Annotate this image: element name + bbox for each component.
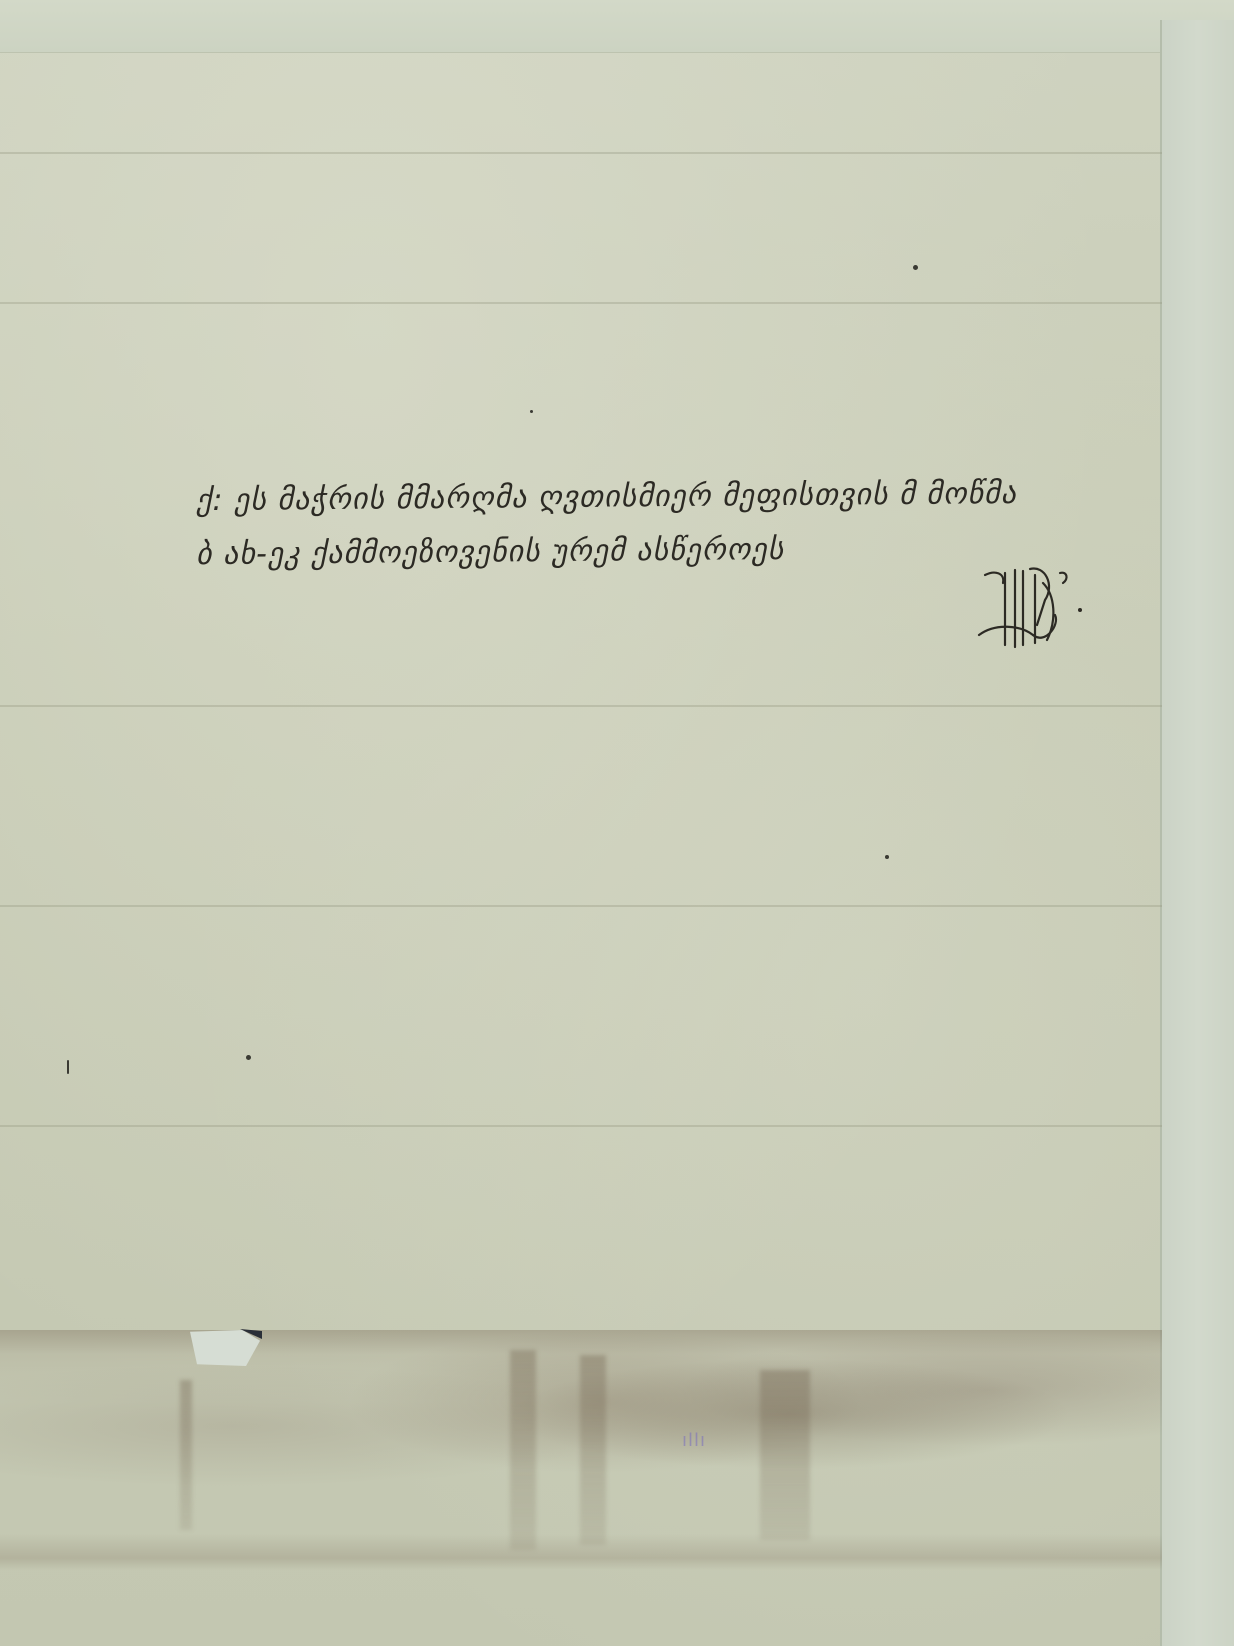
- text-line-1: ქ: ეს მაჭრის მმარღმა ღვთისმიერ მეფისთვის…: [196, 466, 1136, 528]
- archival-pencil-glyph: ıllı: [682, 1430, 706, 1451]
- handwritten-text: ქ: ეს მაჭრის მმარღმა ღვთისმიერ მეფისთვის…: [196, 470, 1136, 578]
- fold-line: [0, 905, 1162, 907]
- stain-streak: [580, 1355, 606, 1545]
- ink-mark: [67, 1060, 69, 1074]
- ink-speck: [530, 410, 533, 413]
- stain-streak: [180, 1380, 192, 1530]
- ink-speck: [913, 265, 918, 270]
- stain-streak: [760, 1370, 810, 1540]
- ink-speck: [885, 855, 889, 859]
- fold-line: [0, 705, 1162, 707]
- fold-line: [0, 302, 1162, 304]
- stain-streak: [510, 1350, 536, 1550]
- mounting-strip-top: [0, 0, 1234, 53]
- fold-line: [0, 1125, 1162, 1127]
- manuscript-page: pencil shelf number (illegible) ıllı ქ: …: [0, 0, 1234, 1646]
- mounting-strip-right: [1160, 20, 1234, 1646]
- ink-speck: [246, 1055, 251, 1060]
- signature-monogram: [975, 565, 1090, 655]
- fold-line: [0, 152, 1162, 154]
